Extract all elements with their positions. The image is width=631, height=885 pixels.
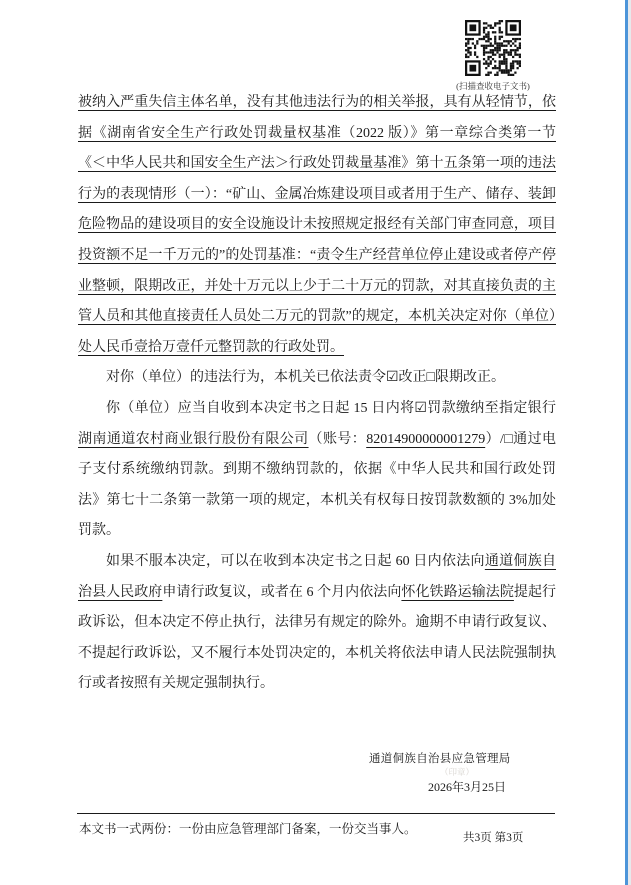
text-segment: ）/□通过电子支付系统缴纳罚款。到期不缴纳罚款的，依据《中华人民共和国行政处罚法… bbox=[78, 432, 556, 539]
paragraph: 被纳入严重失信主体名单，没有其他违法行为的相关举报，具有从轻情节，依据《湖南省安… bbox=[78, 88, 556, 363]
text-segment: （账号： bbox=[309, 432, 367, 447]
text-segment: 申请行政复议，或者在 6 个月内依法向 bbox=[162, 585, 401, 600]
seal-placeholder: （印章） bbox=[440, 766, 474, 778]
qr-code bbox=[465, 20, 521, 76]
paragraph: 你（单位）应当自收到本决定书之日起 15 日内将☑罚款缴纳至指定银行湖南通道农村… bbox=[78, 394, 556, 547]
page-number: 共3页 第3页 bbox=[463, 829, 523, 845]
text-segment: 对你（单位）的违法行为，本机关已依法责令☑改正□限期改正。 bbox=[106, 370, 505, 385]
text-segment: 提起行政诉讼，但本决定不停止执行，法律另有规定的除外。逾期不申请行政复议、不提起… bbox=[78, 585, 556, 692]
underlined-text: 湖南通道农村商业银行股份有限公司 bbox=[78, 432, 309, 447]
underlined-text: 82014900000001279 bbox=[366, 432, 485, 447]
footer-note: 本文书一式两份：一份由应急管理部门备案，一份交当事人。 bbox=[79, 819, 417, 837]
footer-divider bbox=[77, 813, 555, 814]
document-body: 被纳入严重失信主体名单，没有其他违法行为的相关举报，具有从轻情节，依据《湖南省安… bbox=[78, 88, 556, 700]
text-segment: 你（单位）应当自收到本决定书之日起 15 日内将☑罚款缴纳至指定银行 bbox=[106, 401, 556, 416]
text-segment: 如果不服本决定，可以在收到本决定书之日起 60 日内依法向 bbox=[106, 554, 485, 569]
window-edge-accent bbox=[625, 0, 628, 885]
qr-block: (扫描查收电子文书) bbox=[450, 20, 536, 92]
document-page: (扫描查收电子文书) 被纳入严重失信主体名单，没有其他违法行为的相关举报，具有从… bbox=[0, 0, 631, 885]
paragraph: 对你（单位）的违法行为，本机关已依法责令☑改正□限期改正。 bbox=[78, 363, 556, 394]
issuing-agency: 通道侗族自治县应急管理局 bbox=[369, 750, 511, 766]
underlined-text: 怀化铁路运输法院 bbox=[401, 585, 513, 600]
issue-date: 2026年3月25日 bbox=[428, 778, 506, 795]
paragraph: 如果不服本决定，可以在收到本决定书之日起 60 日内依法向通道侗族自治县人民政府… bbox=[78, 547, 556, 700]
underlined-text: 被纳入严重失信主体名单，没有其他违法行为的相关举报，具有从轻情节，依据《湖南省安… bbox=[78, 95, 556, 355]
